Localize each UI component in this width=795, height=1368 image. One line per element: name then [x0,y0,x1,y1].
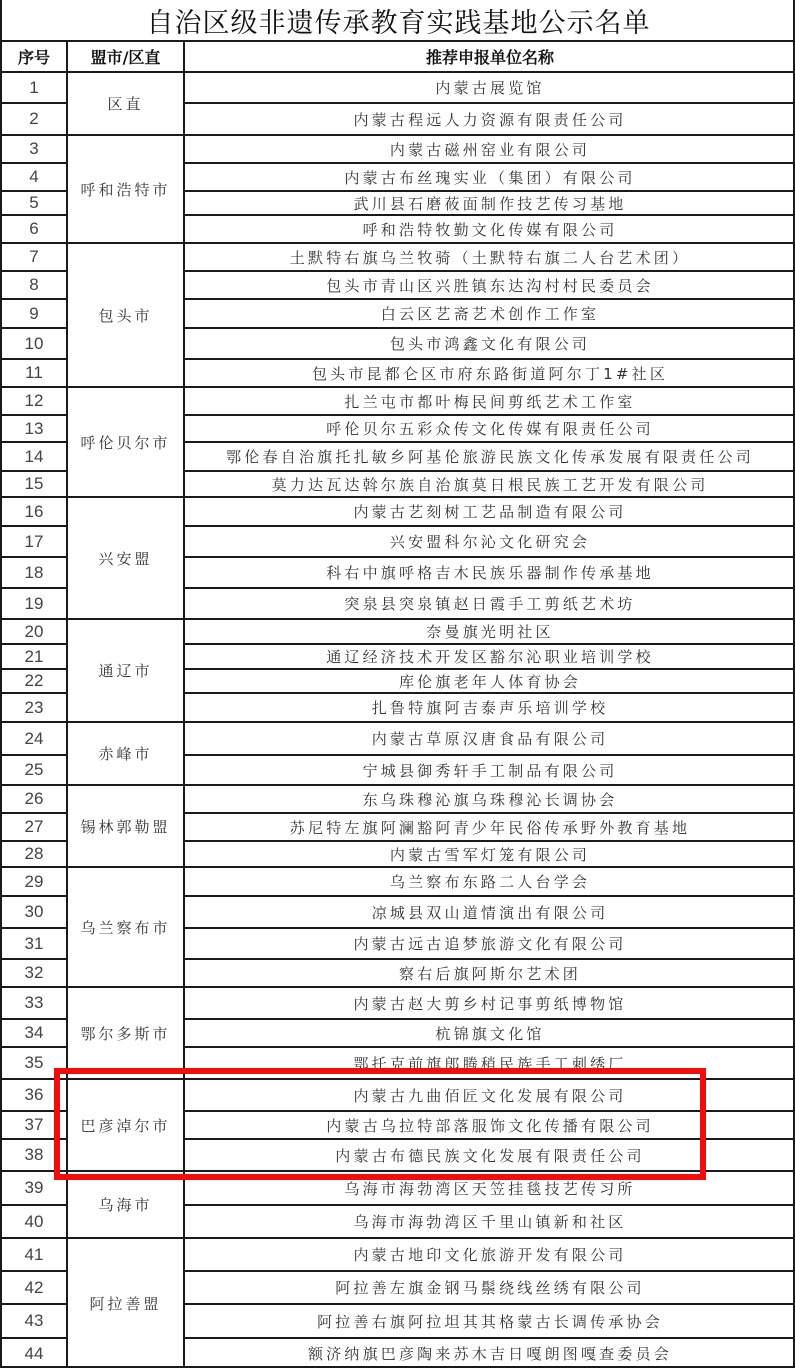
organization-name: 内蒙古布德民族文化发展有限责任公司 [183,1138,795,1170]
row-number: 37 [0,1110,66,1138]
region-cell: 赤峰市 [66,721,183,784]
column-header-region: 盟市/区直 [66,40,183,71]
row-number: 10 [0,327,66,358]
region-cell: 通辽市 [66,618,183,721]
row-number: 30 [0,895,66,927]
row-number: 16 [0,496,66,525]
row-number: 23 [0,692,66,721]
organization-name: 内蒙古草原汉唐食品有限公司 [183,721,795,754]
organization-name: 库伦旗老年人体育协会 [183,668,795,692]
row-number: 34 [0,1018,66,1046]
organization-name: 内蒙古远古追梦旅游文化有限公司 [183,927,795,958]
row-number: 13 [0,414,66,441]
organization-name: 武川县石磨莜面制作技艺传习基地 [183,190,795,214]
row-number: 31 [0,927,66,958]
row-number: 35 [0,1046,66,1078]
region-cell: 呼和浩特市 [66,134,183,242]
organization-name: 包头市青山区兴胜镇东达沟村村民委员会 [183,270,795,298]
region-cell: 锡林郭勒盟 [66,784,183,866]
row-number: 25 [0,754,66,784]
organization-name: 阿拉善右旗阿拉坦其其格蒙古长调传承协会 [183,1303,795,1337]
row-number: 27 [0,812,66,840]
row-number: 41 [0,1237,66,1270]
document-title: 自治区级非遗传承教育实践基地公示名单 [0,0,795,40]
organization-name: 扎兰屯市都叶梅民间剪纸艺术工作室 [183,386,795,414]
row-number: 24 [0,721,66,754]
row-number: 5 [0,190,66,214]
organization-name: 宁城县御秀轩手工制品有限公司 [183,754,795,784]
row-number: 6 [0,214,66,242]
region-cell: 区直 [66,71,183,134]
region-cell: 阿拉善盟 [66,1237,183,1368]
organization-name: 乌海市海勃湾区千里山镇新和社区 [183,1204,795,1237]
row-number: 26 [0,784,66,812]
organization-name: 察右后旗阿斯尔艺术团 [183,958,795,986]
organization-name: 莫力达瓦达斡尔族自治旗莫日根民族工艺开发有限公司 [183,470,795,496]
row-number: 9 [0,298,66,327]
organization-name: 土默特右旗乌兰牧骑（土默特右旗二人台艺术团） [183,242,795,270]
organization-name: 内蒙古九曲佰匠文化发展有限公司 [183,1078,795,1110]
announcement-table: 自治区级非遗传承教育实践基地公示名单 序号 盟市/区直 推荐申报单位名称 1内蒙… [0,0,795,1368]
row-number: 42 [0,1270,66,1303]
organization-name: 内蒙古磁州窑业有限公司 [183,134,795,162]
row-number: 1 [0,71,66,102]
organization-name: 内蒙古艺刻树工艺品制造有限公司 [183,496,795,525]
region-cell: 包头市 [66,242,183,386]
row-number: 2 [0,102,66,134]
organization-name: 东乌珠穆沁旗乌珠穆沁长调协会 [183,784,795,812]
organization-name: 凉城县双山道情演出有限公司 [183,895,795,927]
organization-name: 科右中旗呼格吉木民族乐器制作传承基地 [183,556,795,587]
row-number: 33 [0,986,66,1018]
organization-name: 内蒙古赵大剪乡村记事剪纸博物馆 [183,986,795,1018]
organization-name: 通辽经济技术开发区豁尔沁职业培训学校 [183,643,795,668]
organization-name: 呼和浩特牧勤文化传媒有限公司 [183,214,795,242]
row-number: 18 [0,556,66,587]
organization-name: 苏尼特左旗阿澜豁阿青少年民俗传承野外教育基地 [183,812,795,840]
region-cell: 乌海市 [66,1170,183,1237]
row-number: 21 [0,643,66,668]
row-number: 43 [0,1303,66,1337]
organization-name: 内蒙古程远人力资源有限责任公司 [183,102,795,134]
row-number: 14 [0,441,66,470]
row-number: 8 [0,270,66,298]
region-cell: 呼伦贝尔市 [66,386,183,496]
organization-name: 包头市鸿鑫文化有限公司 [183,327,795,358]
row-number: 29 [0,866,66,895]
organization-name: 杭锦旗文化馆 [183,1018,795,1046]
organization-name: 乌海市海勃湾区天笠挂毯技艺传习所 [183,1170,795,1204]
organization-name: 突泉县突泉镇赵日霞手工剪纸艺术坊 [183,587,795,618]
region-cell: 乌兰察布市 [66,866,183,986]
row-number: 7 [0,242,66,270]
organization-name: 鄂伦春自治旗托扎敏乡阿基伦旅游民族文化传承发展有限责任公司 [183,441,795,470]
row-number: 28 [0,840,66,866]
row-number: 15 [0,470,66,496]
organization-name: 内蒙古布丝瑰实业（集团）有限公司 [183,162,795,190]
row-number: 17 [0,525,66,556]
row-number: 38 [0,1138,66,1170]
row-number: 3 [0,134,66,162]
column-header-number: 序号 [0,40,66,71]
row-number: 40 [0,1204,66,1237]
row-number: 22 [0,668,66,692]
organization-name: 奈曼旗光明社区 [183,618,795,643]
organization-name: 呼伦贝尔五彩众传文化传媒有限责任公司 [183,414,795,441]
region-cell: 鄂尔多斯市 [66,986,183,1078]
row-number: 4 [0,162,66,190]
row-number: 20 [0,618,66,643]
organization-name: 兴安盟科尔沁文化研究会 [183,525,795,556]
organization-name: 额济纳旗巴彦陶来苏木吉日嘎朗图嘎查委员会 [183,1337,795,1368]
column-header-organization: 推荐申报单位名称 [183,40,795,71]
row-number: 39 [0,1170,66,1204]
organization-name: 包头市昆都仑区市府东路街道阿尔丁1#社区 [183,358,795,386]
organization-name: 阿拉善左旗金钢马鬃绕线丝绣有限公司 [183,1270,795,1303]
row-number: 11 [0,358,66,386]
region-cell: 巴彦淖尔市 [66,1078,183,1170]
organization-name: 内蒙古乌拉特部落服饰文化传播有限公司 [183,1110,795,1138]
row-number: 44 [0,1337,66,1368]
row-number: 36 [0,1078,66,1110]
organization-name: 乌兰察布东路二人台学会 [183,866,795,895]
organization-name: 内蒙古展览馆 [183,71,795,102]
row-number: 32 [0,958,66,986]
organization-name: 扎鲁特旗阿吉泰声乐培训学校 [183,692,795,721]
row-number: 12 [0,386,66,414]
organization-name: 白云区艺斋艺术创作工作室 [183,298,795,327]
region-cell: 兴安盟 [66,496,183,618]
row-number: 19 [0,587,66,618]
organization-name: 鄂托克前旗郎腾稍民族手工刺绣厂 [183,1046,795,1078]
organization-name: 内蒙古雪军灯笼有限公司 [183,840,795,866]
organization-name: 内蒙古地印文化旅游开发有限公司 [183,1237,795,1270]
